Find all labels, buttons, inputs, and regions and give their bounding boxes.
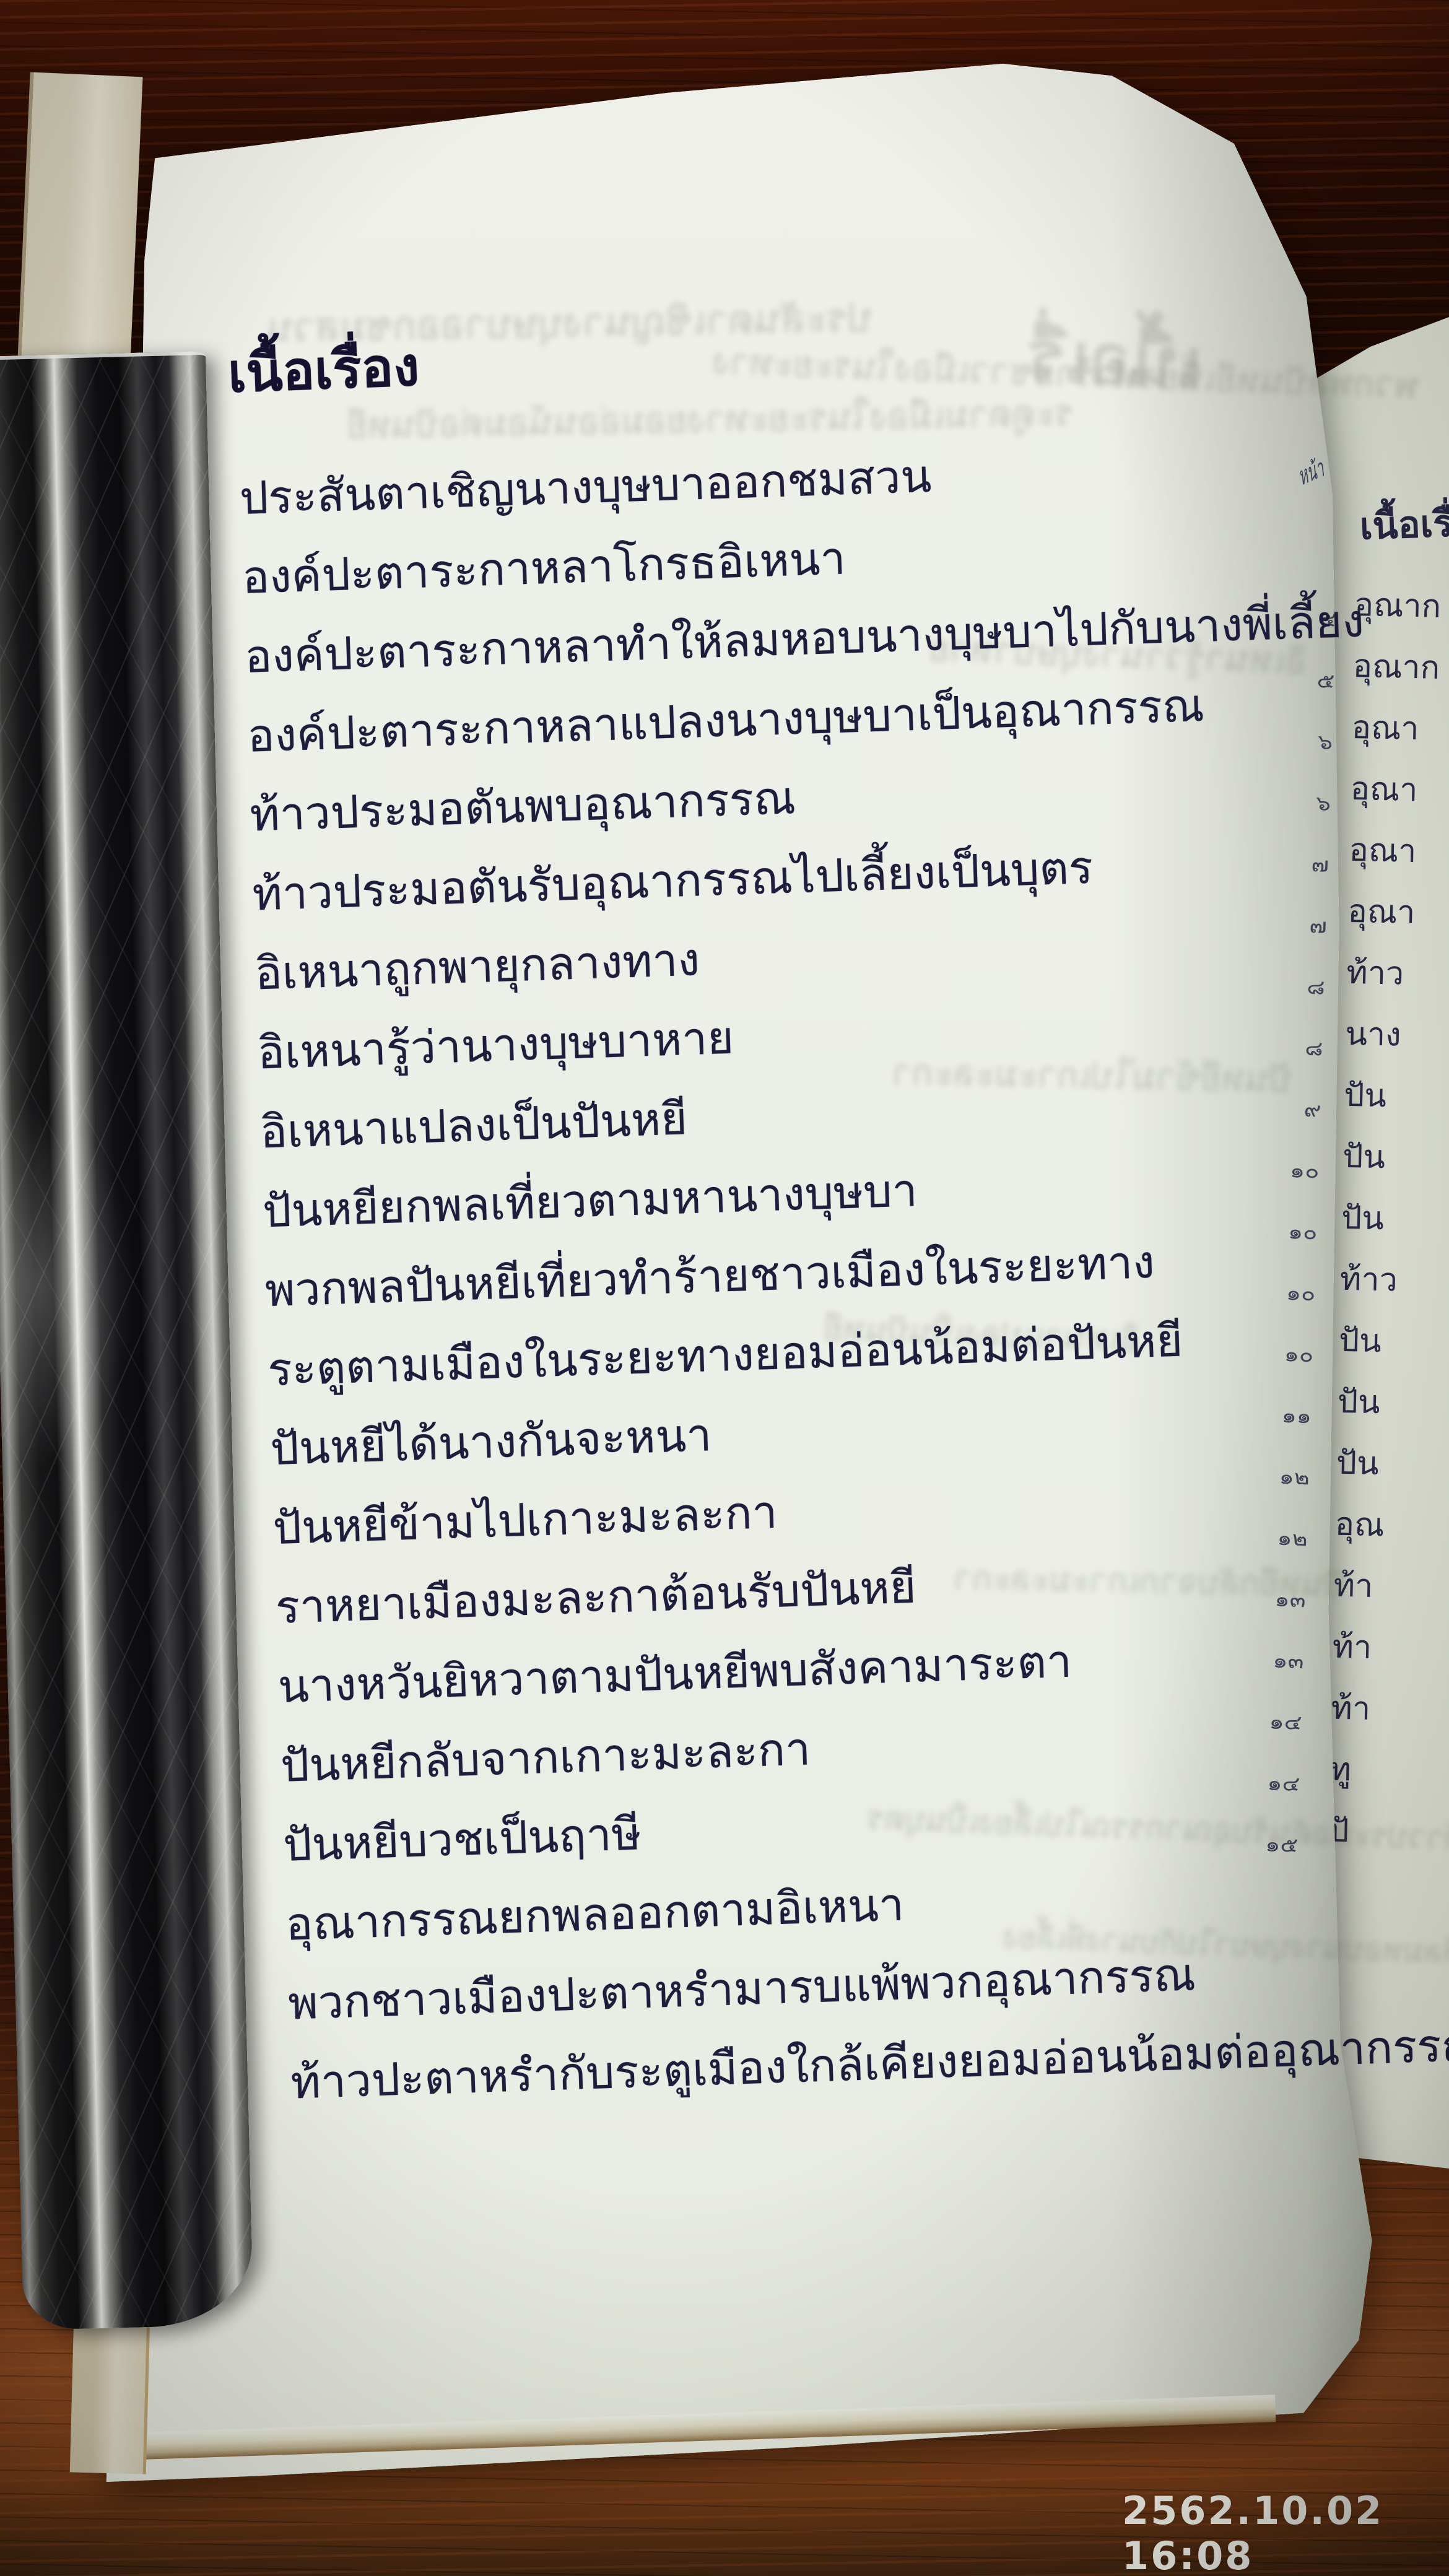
camera-timestamp: 2562.10.02 16:08	[1122, 2488, 1449, 2576]
table-of-contents: ประสันตาเชิญนางบุษบาออกชมสวนองค์ปะตาระกา…	[238, 421, 1449, 2123]
page-stack-edge-top	[17, 72, 143, 370]
page-title: เนื้อเรื่อง	[227, 323, 421, 415]
page-stack-edge-bottom	[70, 2316, 150, 2474]
